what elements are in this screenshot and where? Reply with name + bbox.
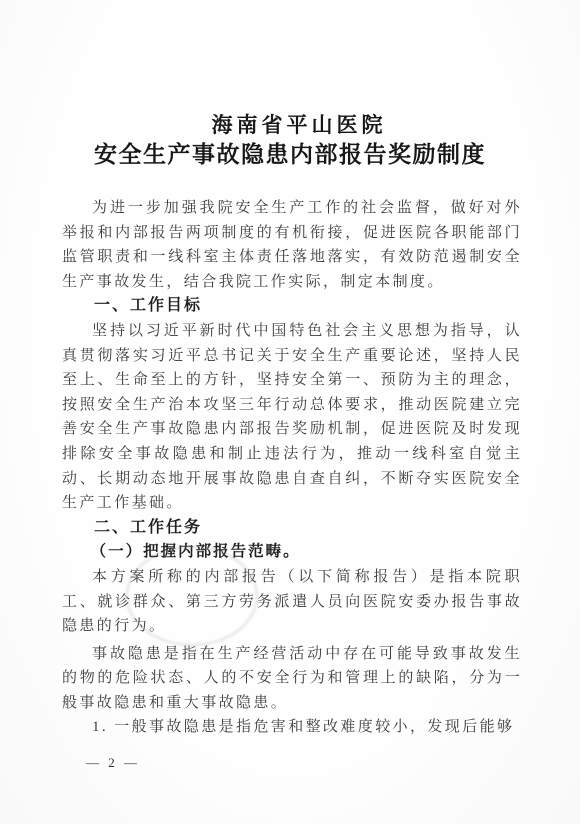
- paragraph-report-definition: 本方案所称的内部报告（以下简称报告）是指本院职工、就诊群众、第三方劳务派遣人员向…: [62, 565, 522, 639]
- paragraph-intro: 为进一步加强我院安全生产工作的社会监督，做好对外举报和内部报告两项制度的有机衔接…: [62, 196, 522, 294]
- document-title-line-1: 海南省平山医院: [9, 112, 580, 138]
- paragraph-work-goals: 坚持以习近平新时代中国特色社会主义思想为指导，认真贯彻落实习近平总书记关于安全生…: [62, 319, 522, 516]
- section-heading-work-tasks: 二、工作任务: [62, 516, 522, 541]
- paragraph-general-hidden-danger: 1. 一般事故隐患是指危害和整改难度较小，发现后能够: [62, 715, 522, 740]
- document-title-line-2: 安全生产事故隐患内部报告奖励制度: [0, 141, 580, 169]
- section-heading-work-goals: 一、工作目标: [62, 294, 522, 319]
- subsection-heading-report-scope: （一）把握内部报告范畴。: [62, 540, 522, 565]
- page-number: — 2 —: [86, 755, 140, 771]
- scanned-document-page: 海南省平山医院 安全生产事故隐患内部报告奖励制度 为进一步加强我院安全生产工作的…: [0, 0, 580, 824]
- document-title: 海南省平山医院 安全生产事故隐患内部报告奖励制度: [0, 0, 580, 169]
- paragraph-hidden-danger-definition: 事故隐患是指在生产经营活动中存在可能导致事故发生的物的危险状态、人的不安全行为和…: [62, 642, 522, 716]
- document-body: 为进一步加强我院安全生产工作的社会监督，做好对外举报和内部报告两项制度的有机衔接…: [62, 196, 522, 740]
